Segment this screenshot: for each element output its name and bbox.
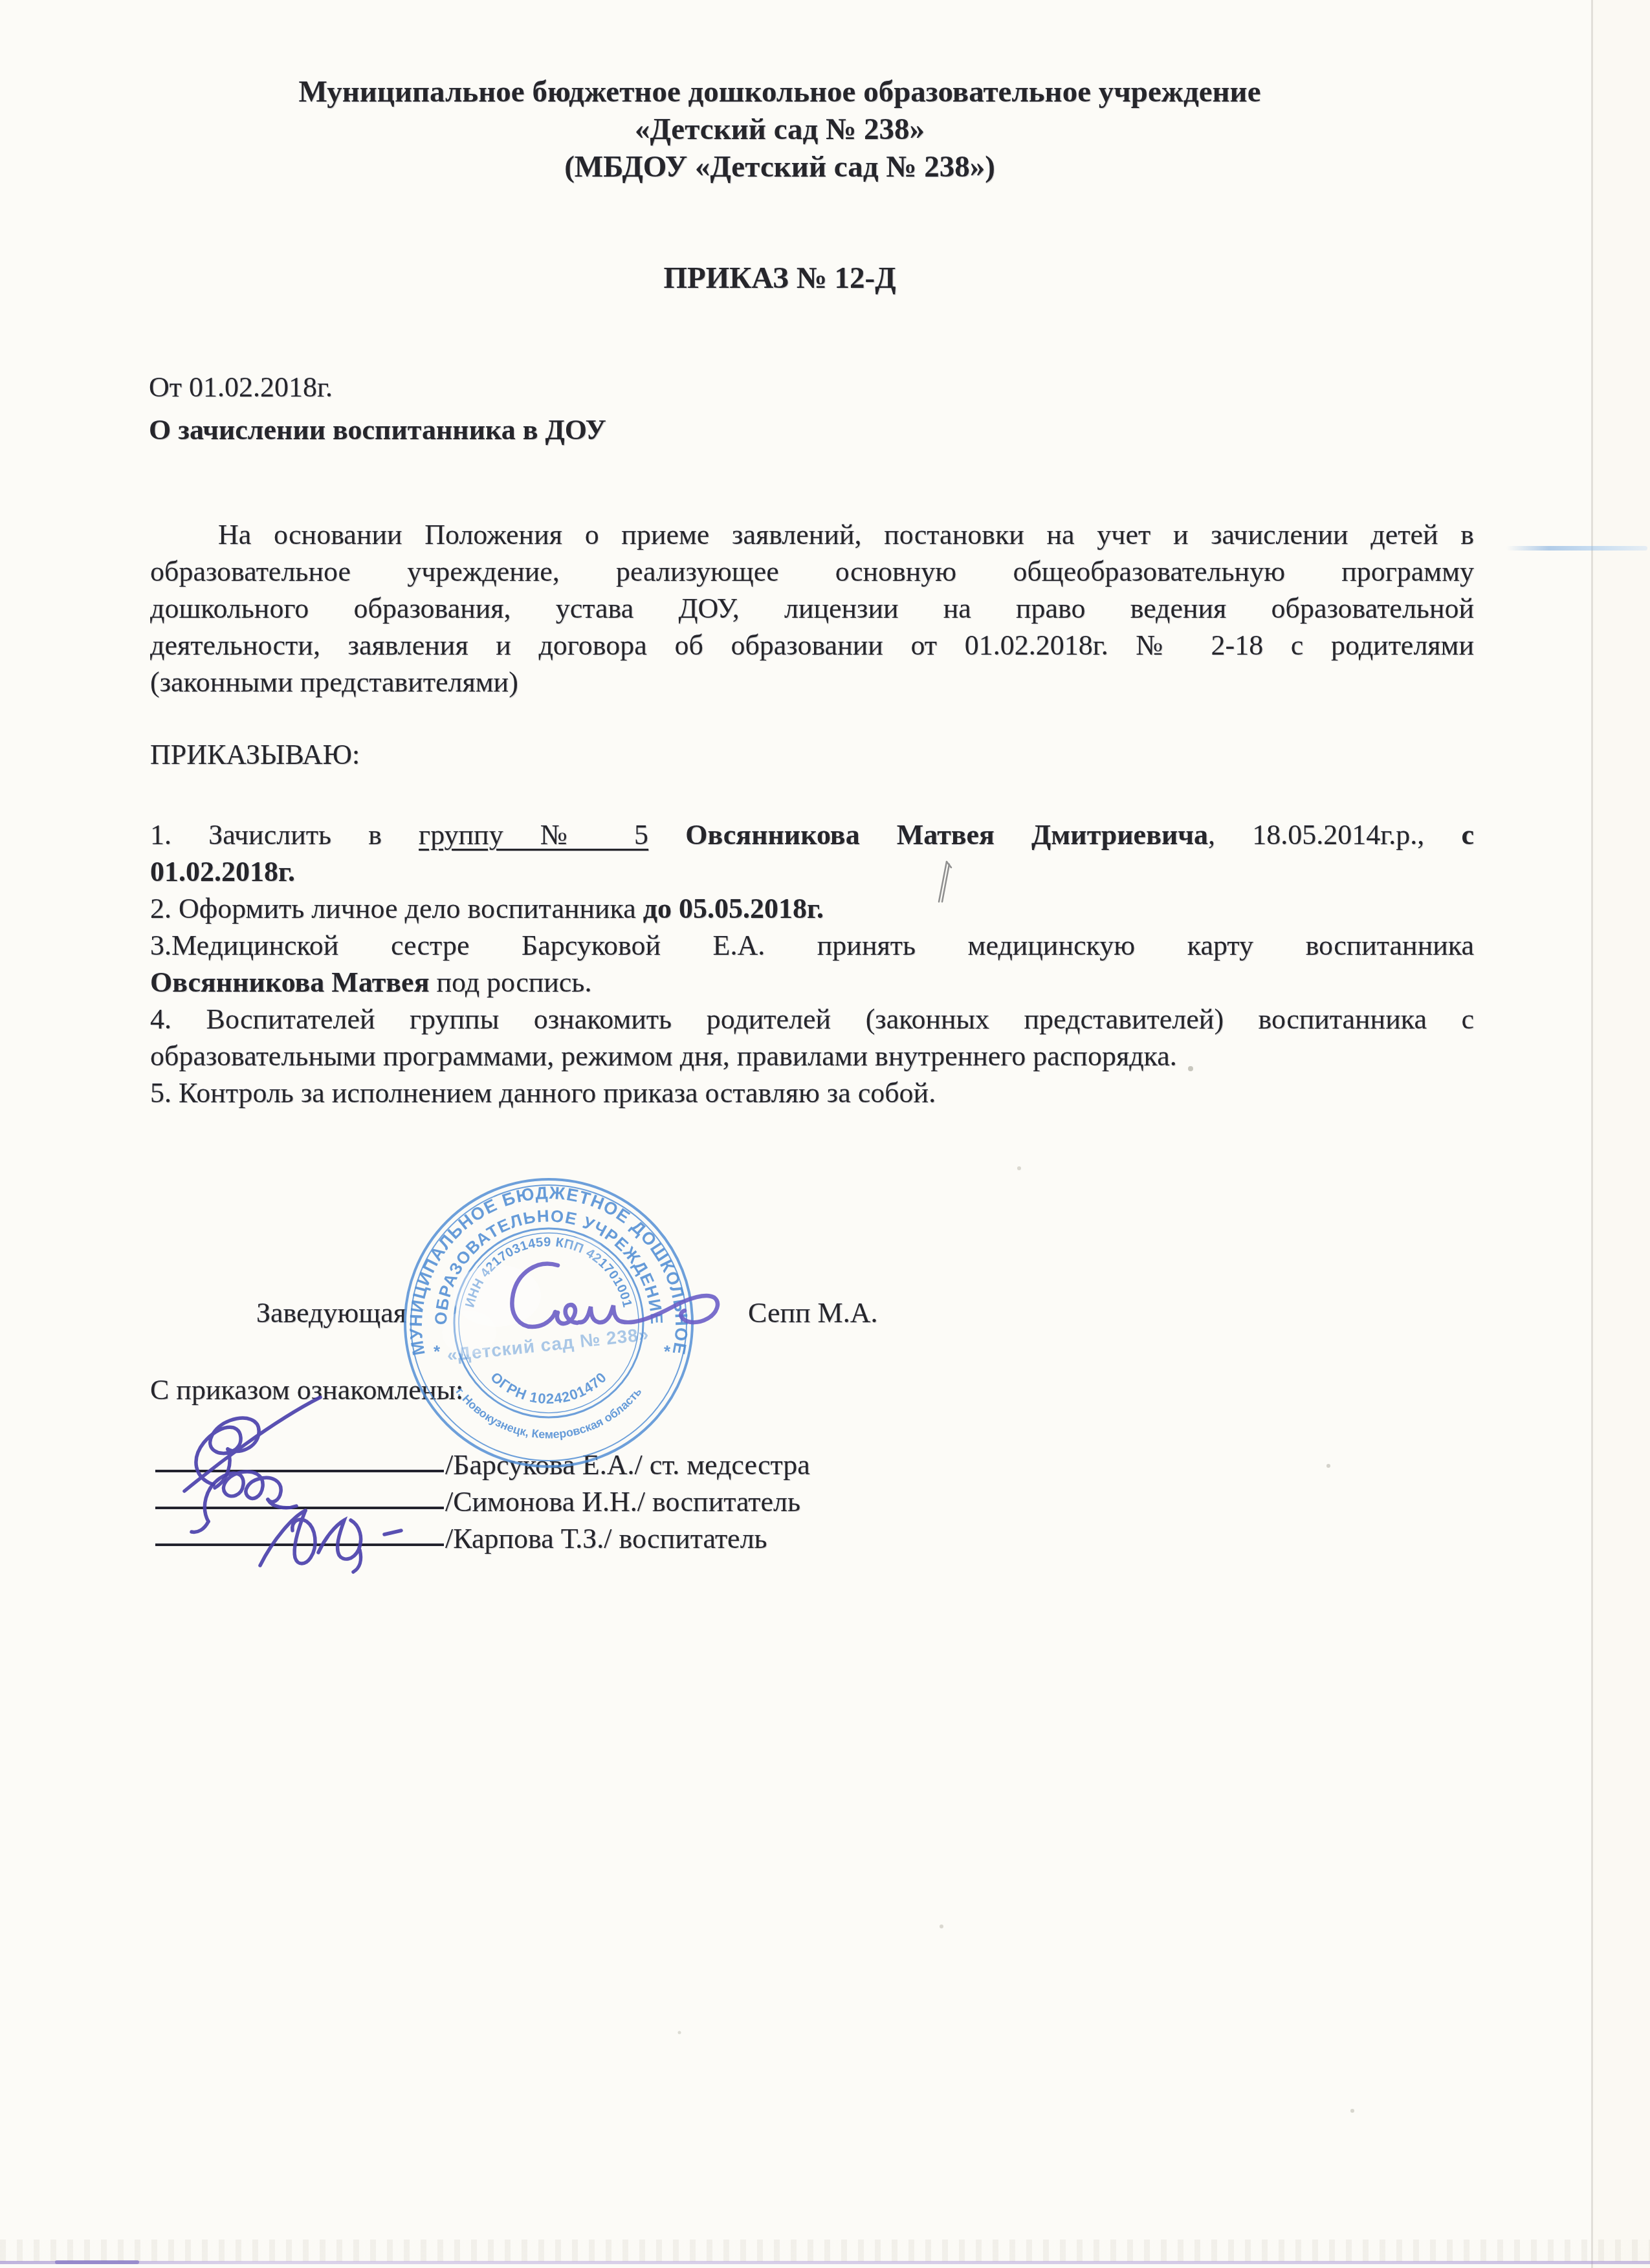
scan-bottom-line-dark: [55, 2260, 139, 2264]
ack-row-2: /Симонова И.Н./ воспитатель: [445, 1483, 800, 1520]
order-item-5: 5. Контроль за исполнением данного прика…: [150, 1074, 1474, 1111]
order-item-2: 2. Оформить личное дело воспитанника до …: [150, 890, 1474, 927]
scan-artifacts: [0, 0, 1650, 2268]
order-item-1-line-2: 01.02.2018г.: [150, 853, 1474, 890]
ack-signature-3: [260, 1510, 401, 1572]
stamp-star-right: *: [664, 1342, 671, 1361]
svg-text:ОГРН 1024201470: ОГРН 1024201470: [487, 1369, 610, 1407]
org-name-line-2: «Детский сад № 238»: [97, 111, 1462, 148]
preamble-line: дошкольного образования, устава ДОУ, лиц…: [150, 590, 1474, 627]
stamp-star-left: *: [434, 1342, 441, 1361]
order-subject-line: О зачислении воспитанника в ДОУ: [149, 411, 606, 448]
official-round-stamp: МУНИЦИПАЛЬНОЕ БЮДЖЕТНОЕ ДОШКОЛЬНОЕ ОБРАЗ…: [388, 1163, 751, 1487]
order-item-1-line-1: 1. Зачислить в группу № 5 Овсянникова Ма…: [150, 816, 1474, 853]
order-item-4-line-2: образовательными программами, режимом дн…: [150, 1038, 1474, 1074]
scan-edge-line: [1591, 0, 1593, 2268]
order-date-line: От 01.02.2018г.: [149, 369, 333, 406]
signature-line: [155, 1543, 444, 1546]
scan-specks: [678, 1066, 1355, 2113]
stamp-ogrn-text: ОГРН 1024201470: [487, 1369, 610, 1407]
ink-smudge: [1506, 546, 1647, 551]
order-item-4-line-1: 4. Воспитателей группы ознакомить родите…: [150, 1001, 1474, 1038]
ack-row-3: /Карпова Т.З./ воспитатель: [445, 1520, 767, 1557]
preamble-line: (законными представителями): [150, 664, 1474, 701]
preamble-line: образовательное учреждение, реализующее …: [150, 553, 1474, 590]
ack-signature-2: [192, 1472, 296, 1532]
resolution-word: ПРИКАЗЫВАЮ:: [150, 736, 360, 773]
order-title: ПРИКАЗ № 12-Д: [97, 260, 1462, 297]
org-name-line-3: (МБДОУ «Детский сад № 238»): [97, 149, 1462, 186]
scan-bottom-noise: [0, 2240, 1650, 2262]
preamble-line: На основании Положения о приеме заявлени…: [150, 516, 1474, 553]
scanned-order-document: Муниципальное бюджетное дошкольное образ…: [0, 0, 1650, 2268]
org-name-line-1: Муниципальное бюджетное дошкольное образ…: [97, 74, 1462, 111]
preamble-line: деятельности, заявления и договора об об…: [150, 627, 1474, 664]
order-item-3-line-1: 3.Медицинской сестре Барсуковой Е.А. при…: [150, 927, 1474, 964]
signer-name: Сепп М.А.: [748, 1294, 877, 1331]
ack-signature-1: [184, 1397, 320, 1491]
order-item-3-line-2: Овсянникова Матвея под роспись.: [150, 964, 1474, 1001]
scan-bottom-line: [0, 2261, 1650, 2264]
signer-position: Заведующая: [256, 1294, 406, 1331]
scan-edge-strip: [1593, 0, 1650, 2268]
signature-line: [155, 1507, 444, 1509]
